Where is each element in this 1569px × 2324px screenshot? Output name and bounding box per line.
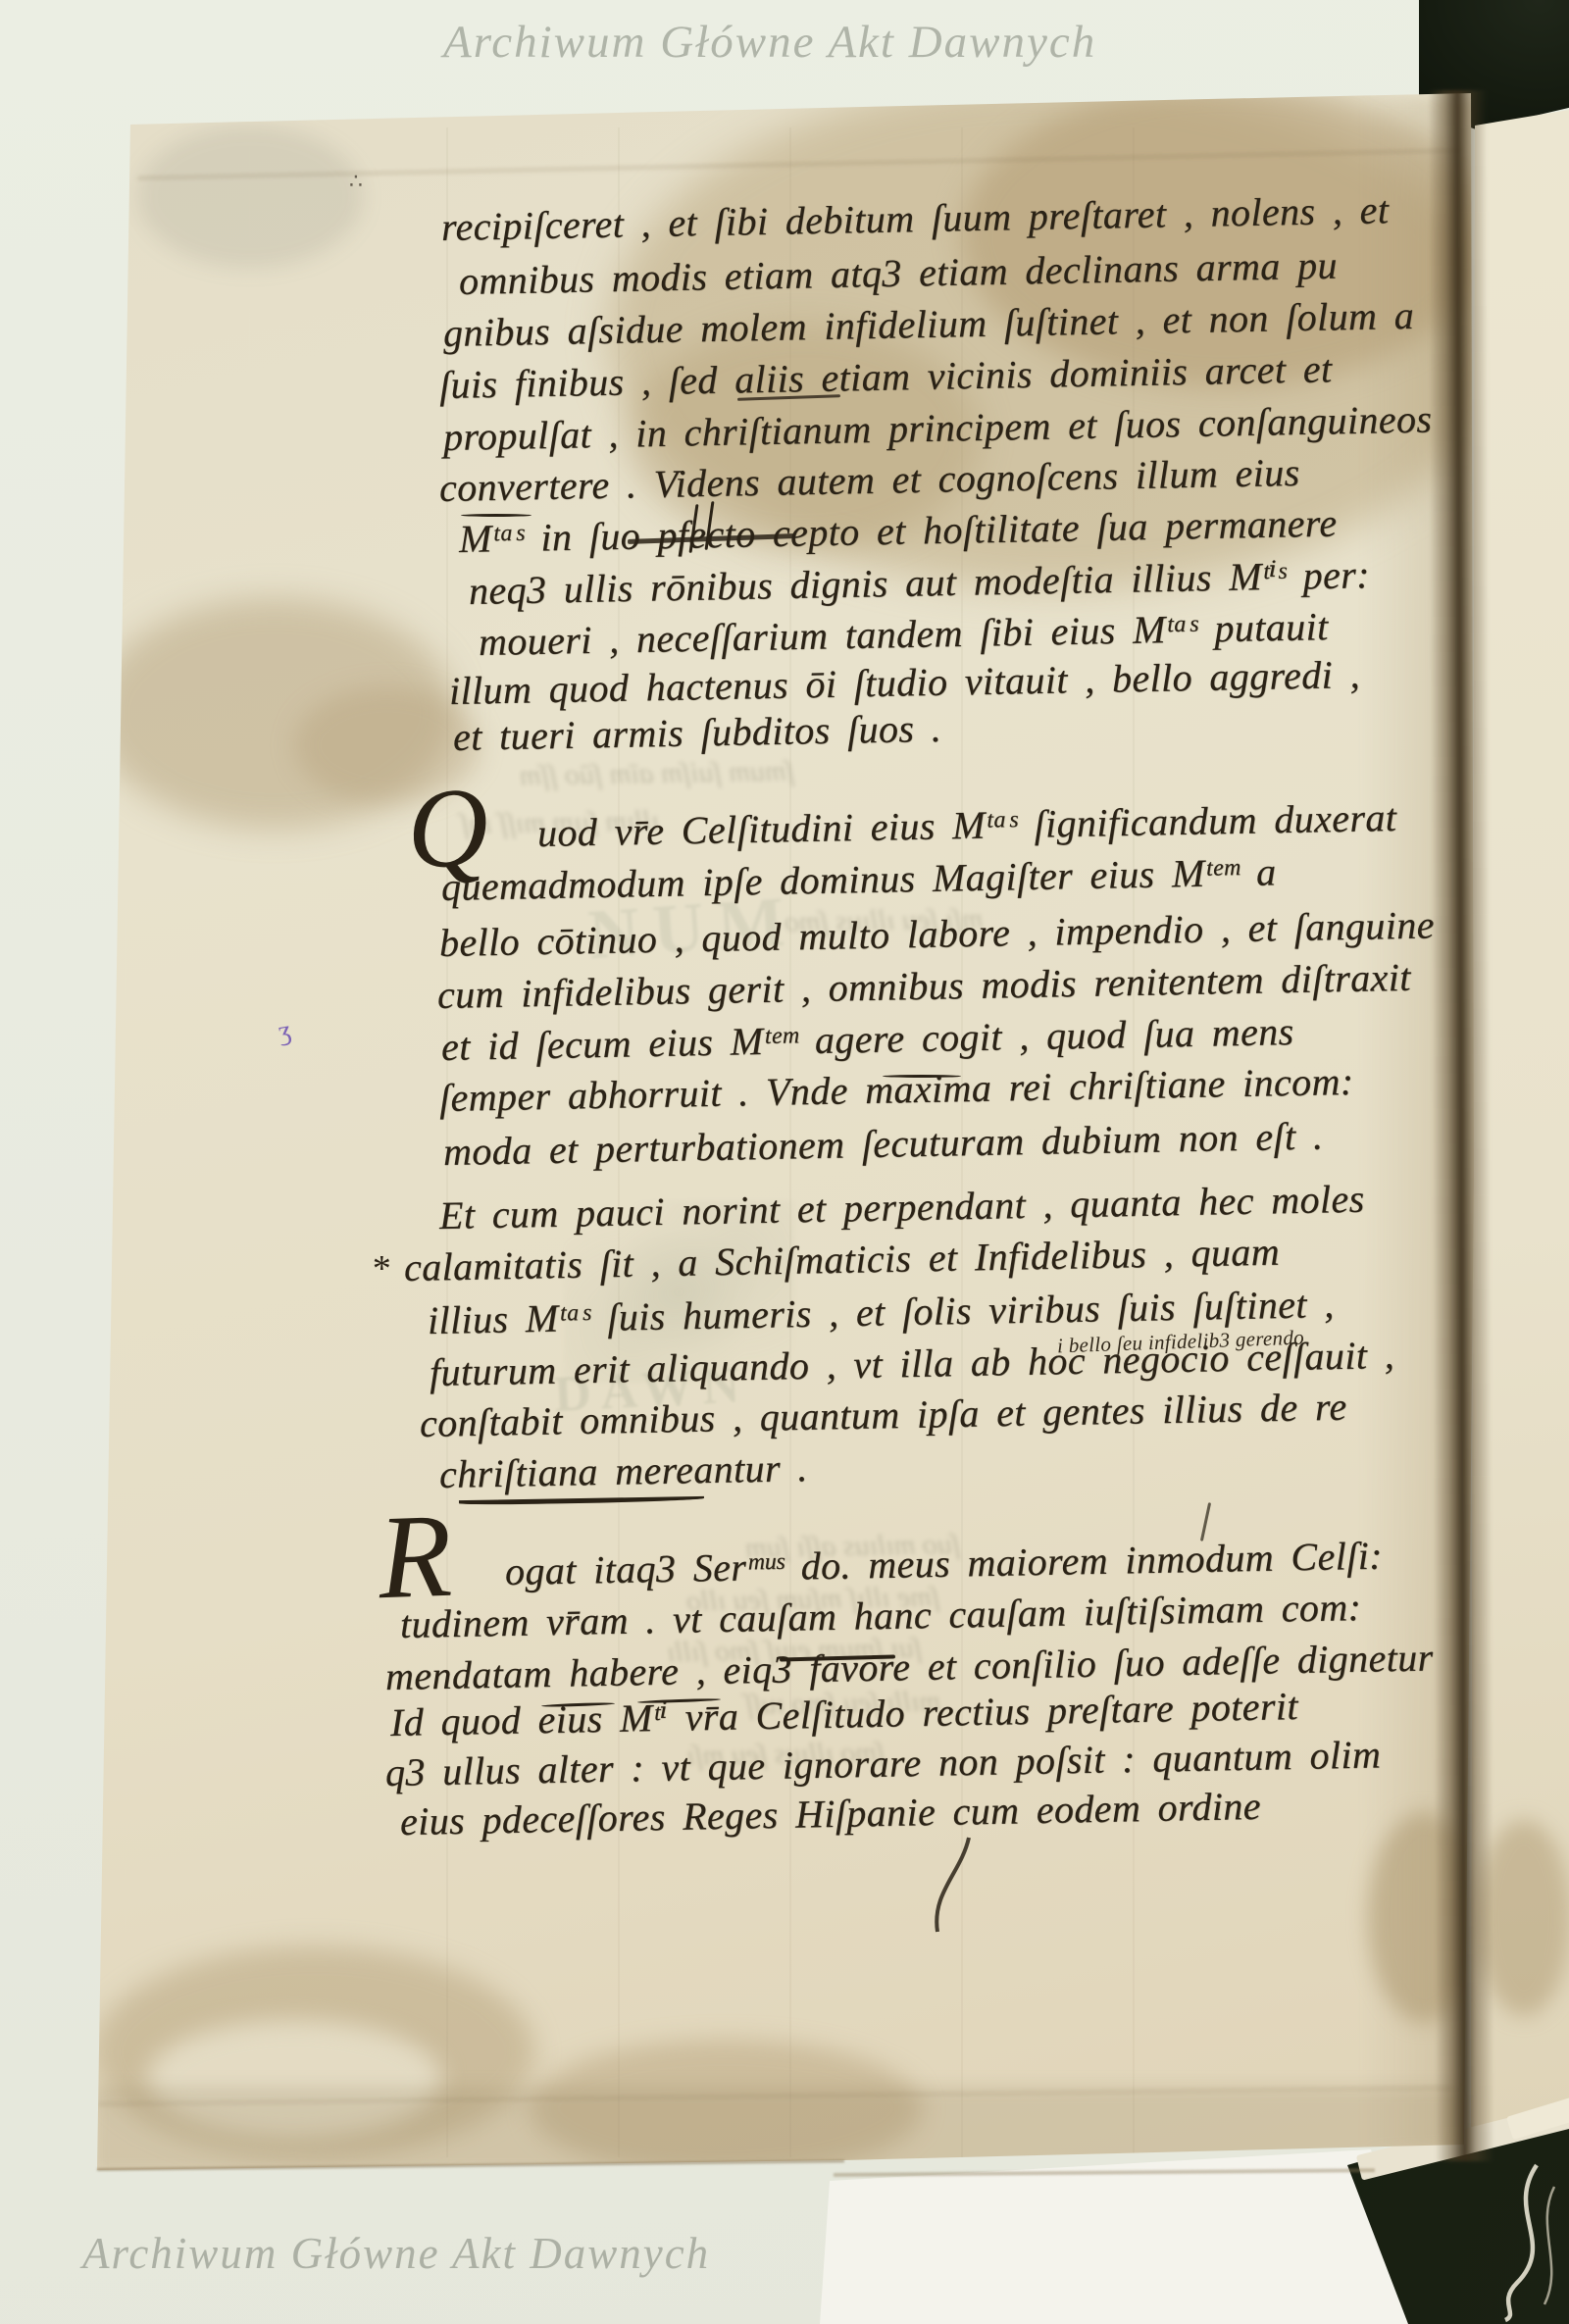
archive-watermark-top: Archiwum Główne Akt Dawnych — [443, 16, 1096, 69]
text-line: ogat itaq3 Serᵐᵘˢ do. meus maiorem inmod… — [505, 1535, 1384, 1593]
text-line: chriſtiana mereantur . — [439, 1446, 808, 1496]
stain — [137, 126, 363, 268]
scanned-archive-image: NUM DAWN ſmum ſuiſm aīm ſūo ſſm ıllım ſı… — [0, 0, 1569, 2324]
margin-asterisk: * — [371, 1247, 389, 1290]
text-line: et id ſecum eius Mᵗᵉᵐ agere cogit , quod… — [441, 1010, 1294, 1069]
abbreviation-overline — [883, 1075, 961, 1078]
ink-dots: ∴ — [349, 169, 363, 194]
book-gutter-shadow — [1428, 90, 1493, 2161]
text-line: et tueri armis ſubditos ſuos . — [453, 707, 942, 759]
text-line: Et cum pauci norint et perpendant , quan… — [439, 1178, 1365, 1238]
text-line: illum quod hactenus ōi ſtudio vitauit , … — [449, 653, 1361, 713]
text-line: moda et perturbationem ſecuturam dubium … — [443, 1115, 1324, 1174]
drop-cap-r: R — [377, 1502, 453, 1612]
show-through-line: ſmum ſuiſm aīm ſūo ſſm — [520, 755, 795, 793]
manuscript-page: NUM DAWN ſmum ſuiſm aīm ſūo ſſm ıllım ſı… — [0, 0, 1569, 2324]
abbreviation-overline — [461, 514, 531, 517]
binding-thread — [1476, 2157, 1569, 2324]
text-line: calamitatis ſit , a Schiſmaticis et Infi… — [404, 1231, 1281, 1289]
archive-watermark-bottom: Archiwum Główne Akt Dawnych — [82, 2228, 710, 2279]
text-line: ſemper abhorruit . Vnde maxima rei chriſ… — [439, 1060, 1354, 1120]
flourish-underline — [459, 1496, 704, 1505]
margin-purple-mark: ʒ — [276, 1015, 293, 1048]
text-line: tudinem vr̄am . vt cauſam hanc cauſam iu… — [400, 1586, 1362, 1646]
text-line: cum infidelibus gerit , omnibus modis re… — [437, 956, 1412, 1017]
descender-flourish — [912, 1834, 990, 1942]
text-line: neq3 ullis rōnibus dignis aut modeſtia i… — [469, 553, 1371, 613]
text-line: uod vr̄e Celſitudini eius Mᵗᵃˢ ſignifica… — [537, 796, 1397, 855]
text-line: quemadmodum ipſe dominus Magiſter eius M… — [441, 850, 1277, 909]
